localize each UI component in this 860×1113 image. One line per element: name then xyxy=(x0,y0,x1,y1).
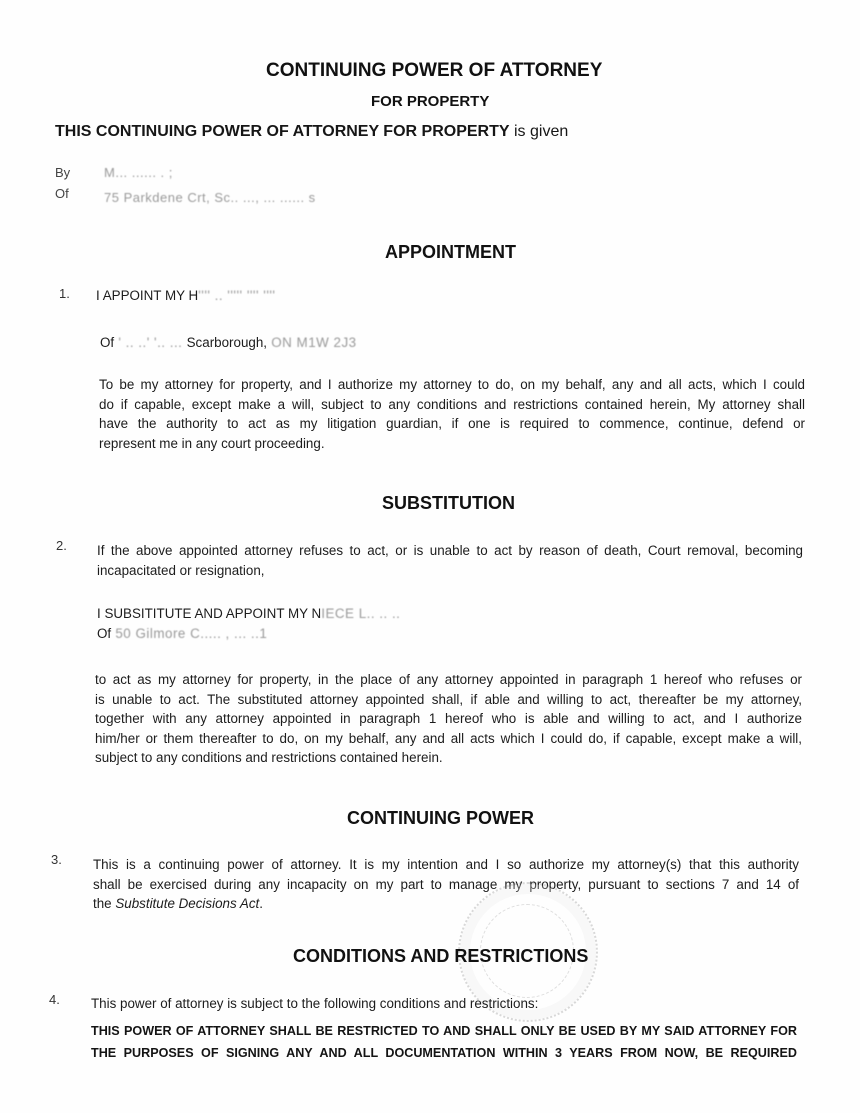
of-prefix: Of xyxy=(100,335,114,350)
substitution-paragraph: to act as my attorney for property, in t… xyxy=(95,670,802,768)
paragraph-line: THIS POWER OF ATTORNEY SHALL BE RESTRICT… xyxy=(91,1020,797,1042)
section-number-1: 1. xyxy=(59,286,70,301)
grantor-address-redacted: 75 Parkdene Crt, Sc.. ..., ... ...... s xyxy=(104,190,316,205)
paragraph-line: represent me in any court proceeding. xyxy=(99,434,805,454)
paragraph-line: subject to any conditions and restrictio… xyxy=(95,748,802,768)
paragraph-line: shall be exercised during any incapacity… xyxy=(93,875,799,895)
substitute-name-redacted: IECE L.. .. .. xyxy=(321,606,400,621)
substitute-text: I SUBSITITUTE AND APPOINT MY N xyxy=(97,606,321,621)
section-heading-appointment: APPOINTMENT xyxy=(385,242,516,263)
intro-bold: THIS CONTINUING POWER OF ATTORNEY FOR PR… xyxy=(55,123,510,140)
section-number-2: 2. xyxy=(56,538,67,553)
act-name: Substitute Decisions Act xyxy=(115,896,259,911)
paragraph-line: together with any attorney appointed in … xyxy=(95,709,802,729)
substitution-intro: If the above appointed attorney refuses … xyxy=(97,541,803,580)
section-heading-conditions: CONDITIONS AND RESTRICTIONS xyxy=(293,946,588,967)
paragraph-line: do if capable, except make a will, subje… xyxy=(99,395,805,415)
section-heading-substitution: SUBSTITUTION xyxy=(382,493,515,514)
appointment-paragraph: To be my attorney for property, and I au… xyxy=(99,375,805,453)
of-prefix: Of xyxy=(97,626,111,641)
text-prefix: the xyxy=(93,896,115,911)
document-title: CONTINUING POWER OF ATTORNEY xyxy=(266,60,602,82)
intro-rest: is given xyxy=(510,123,569,140)
paragraph-line: To be my attorney for property, and I au… xyxy=(99,375,805,395)
appoint-text: I APPOINT MY H xyxy=(96,288,198,303)
substitute-address-line: Of 50 Gilmore C..... , ... ..1 xyxy=(97,624,267,644)
appointee-postal-redacted: ON M1W 2J3 xyxy=(267,335,357,350)
conditions-restriction-text: THIS POWER OF ATTORNEY SHALL BE RESTRICT… xyxy=(91,1020,797,1064)
appointee-address-line: Of ' .. ..' '.. ... Scarborough, ON M1W … xyxy=(100,333,357,353)
appointee-city: Scarborough, xyxy=(187,335,267,350)
paragraph-line: This is a continuing power of attorney. … xyxy=(93,855,799,875)
by-label: By xyxy=(55,165,70,180)
substitute-line: I SUBSITITUTE AND APPOINT MY NIECE L.. .… xyxy=(97,604,400,624)
section-number-4: 4. xyxy=(49,992,60,1007)
appointee-street-redacted: ' .. ..' '.. ... xyxy=(114,335,186,350)
appointee-name-redacted: '''' .. ''''' '''' '''' xyxy=(198,288,275,303)
document-page: CONTINUING POWER OF ATTORNEY FOR PROPERT… xyxy=(0,0,860,1113)
paragraph-line: THE PURPOSES OF SIGNING ANY AND ALL DOCU… xyxy=(91,1042,797,1064)
text-suffix: . xyxy=(259,896,263,911)
continuing-power-paragraph: This is a continuing power of attorney. … xyxy=(93,855,799,914)
document-subtitle: FOR PROPERTY xyxy=(371,93,489,110)
paragraph-line-last: the Substitute Decisions Act. xyxy=(93,894,799,914)
appoint-line: I APPOINT MY H'''' .. ''''' '''' '''' xyxy=(96,286,276,306)
section-number-3: 3. xyxy=(51,852,62,867)
grantor-name-redacted: M... ...... . ; xyxy=(104,165,173,180)
of-label: Of xyxy=(55,186,69,201)
paragraph-line: to act as my attorney for property, in t… xyxy=(95,670,802,690)
conditions-intro: This power of attorney is subject to the… xyxy=(91,994,538,1014)
intro-statement: THIS CONTINUING POWER OF ATTORNEY FOR PR… xyxy=(55,123,568,141)
substitute-address-redacted: 50 Gilmore C..... , ... ..1 xyxy=(111,626,267,641)
paragraph-line: If the above appointed attorney refuses … xyxy=(97,541,803,561)
section-heading-continuing-power: CONTINUING POWER xyxy=(347,808,534,829)
paragraph-line: have the authority to act as my litigati… xyxy=(99,414,805,434)
paragraph-line: is unable to act. The substituted attorn… xyxy=(95,690,802,710)
paragraph-line: incapacitated or resignation, xyxy=(97,561,803,581)
paragraph-line: him/her or them thereafter to do, on my … xyxy=(95,729,802,749)
